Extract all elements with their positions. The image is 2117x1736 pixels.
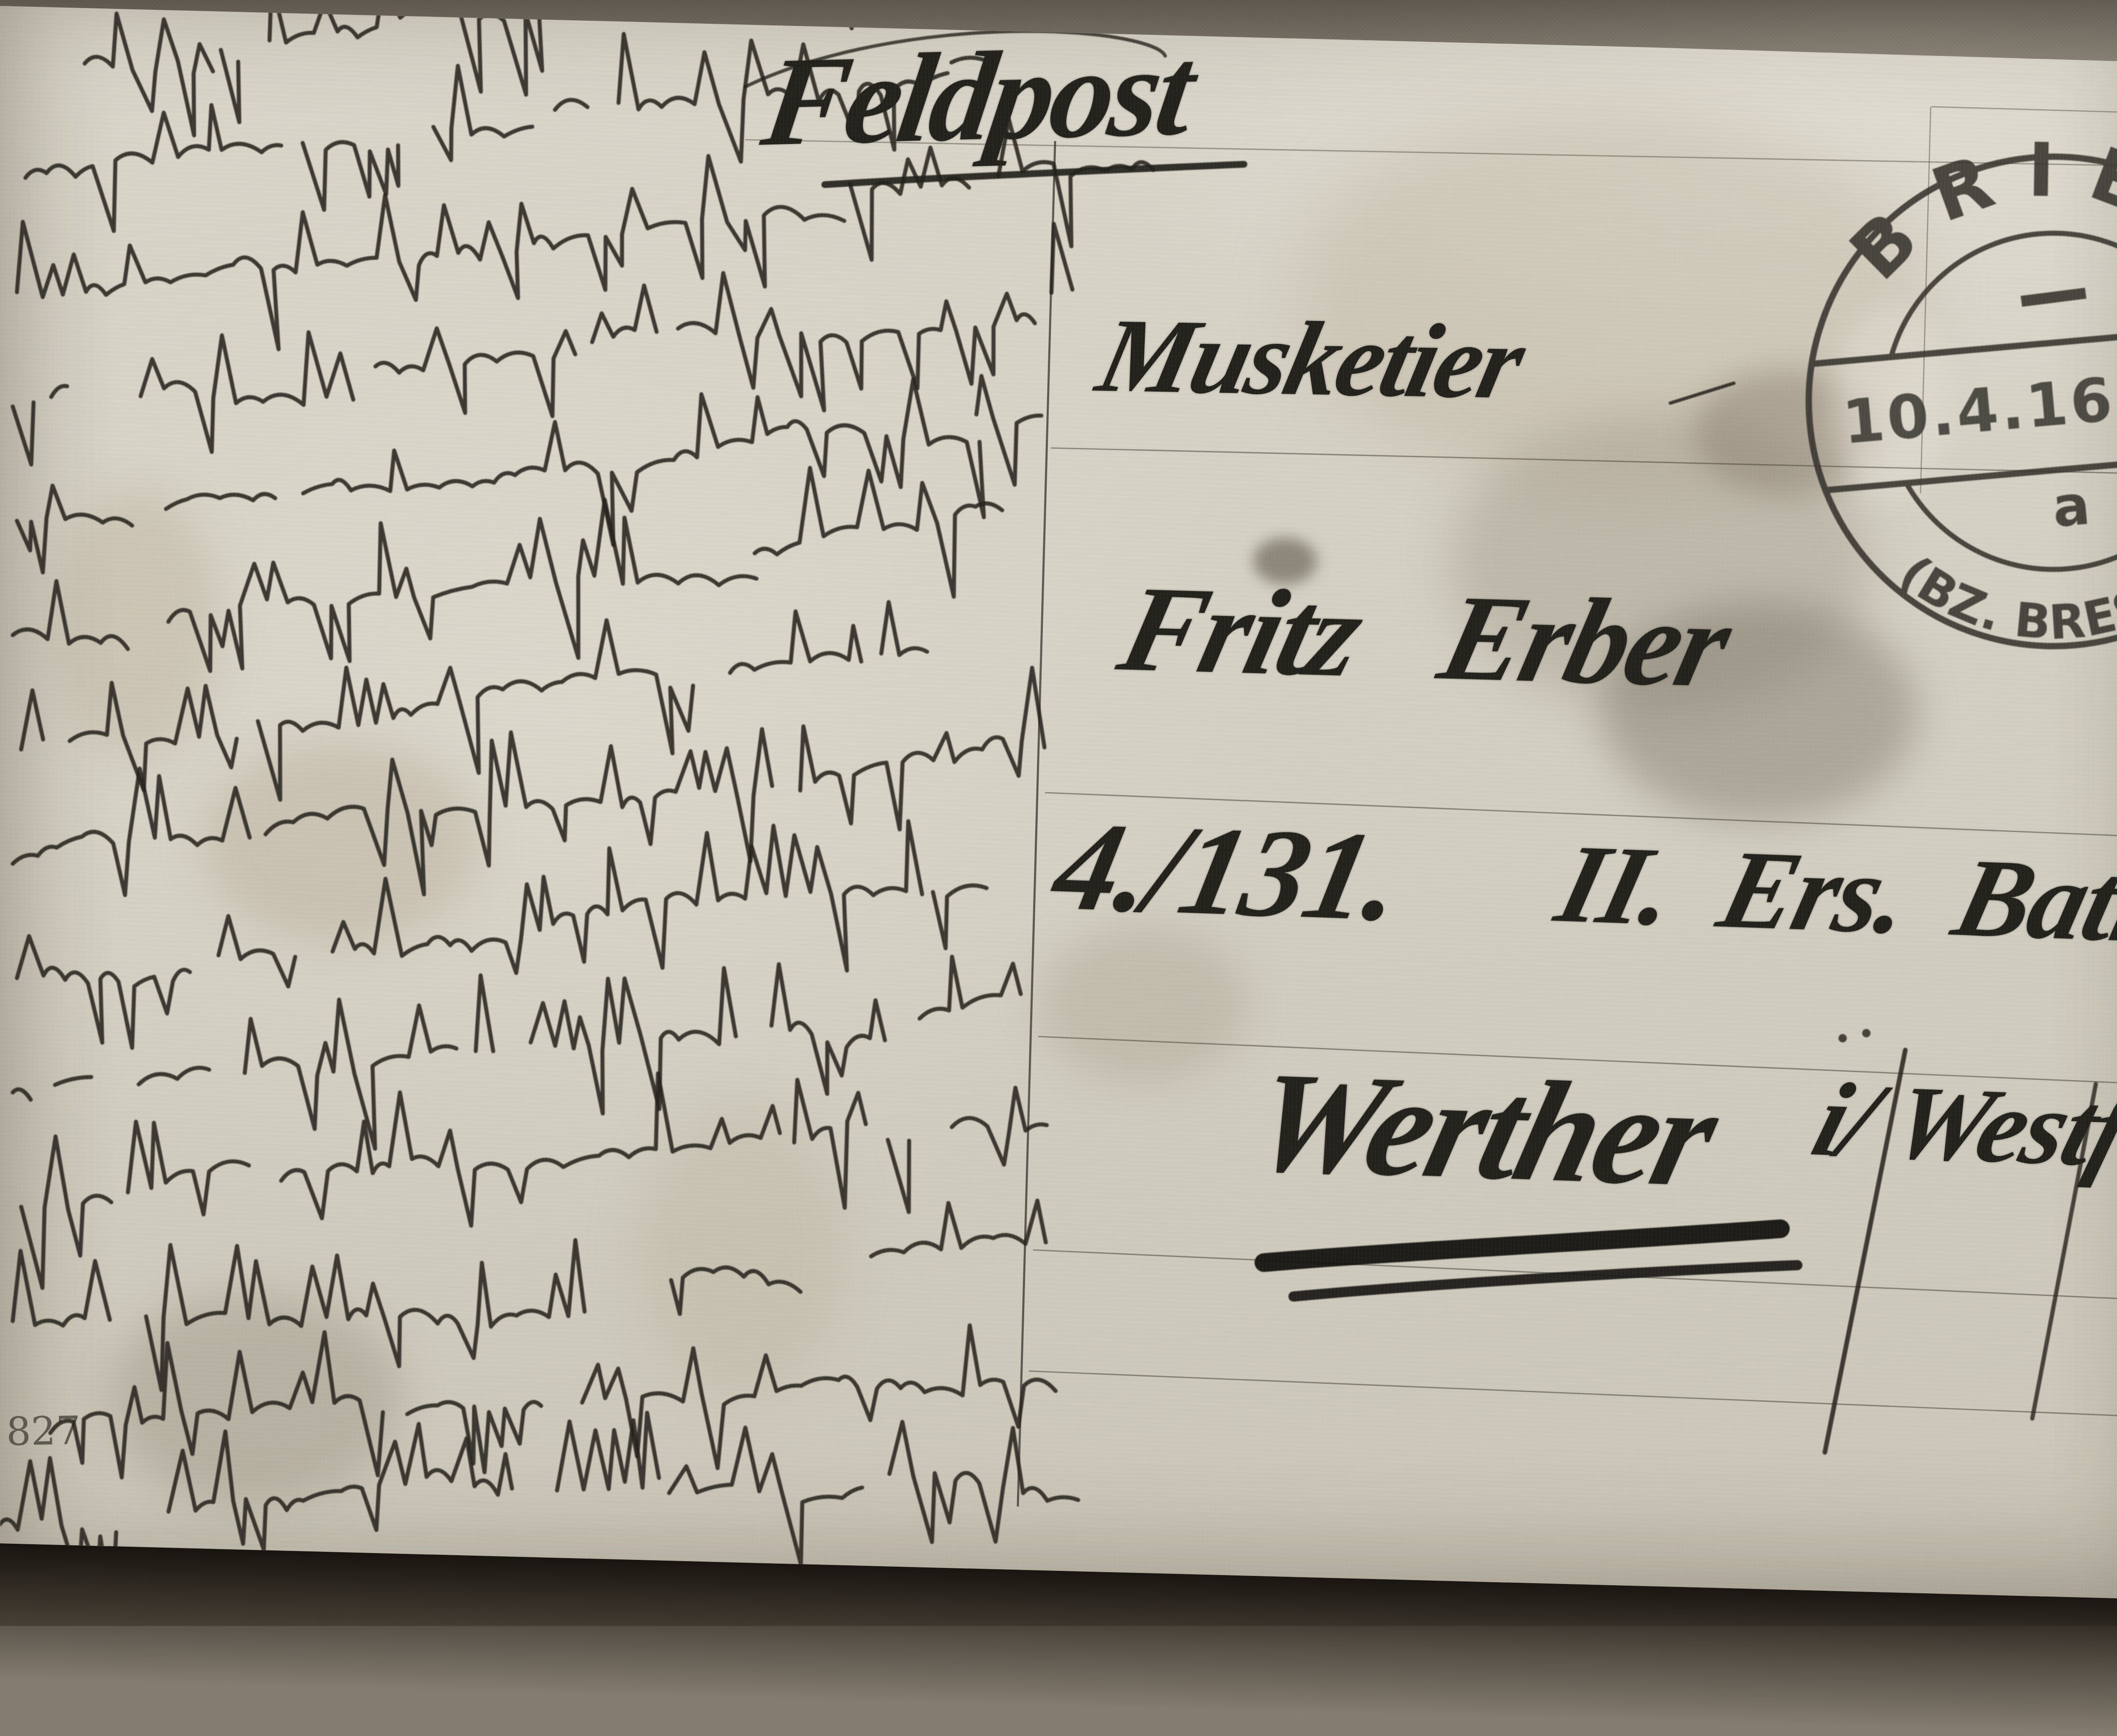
feldpost-flourish bbox=[745, 31, 1165, 87]
publisher-number: 827 bbox=[6, 1411, 81, 1451]
postmark-separator-dash bbox=[2021, 293, 2086, 301]
destination-underline-2 bbox=[1293, 1265, 1797, 1296]
postmark-town: BRIEG bbox=[1826, 113, 2117, 437]
paper-stain bbox=[1291, 106, 1926, 487]
paper-stain bbox=[106, 1291, 402, 1503]
message-script-line bbox=[9, 802, 1036, 1058]
message-script-line bbox=[17, 0, 1025, 255]
postmark-band-top-line bbox=[1812, 323, 2117, 364]
destination-underline-1 bbox=[1264, 1229, 1780, 1263]
svg-text:(BZ. BRESLAU): (BZ. BRESLAU) bbox=[1885, 505, 2117, 665]
address-rule-3 bbox=[1038, 1037, 2117, 1085]
address-destination-region: i/ Westf. bbox=[1803, 1067, 2117, 1185]
destination-descender-stroke bbox=[2032, 1084, 2096, 1418]
message-script-line bbox=[11, 356, 1052, 626]
destination-descender-stroke bbox=[1825, 1050, 1905, 1452]
message-script-line bbox=[6, 223, 1083, 502]
rank-tail-flourish bbox=[1670, 383, 1734, 403]
address-destination: Werther bbox=[1239, 1050, 1728, 1209]
paper-smudge bbox=[1694, 368, 1876, 495]
umlaut-dot bbox=[1862, 1029, 1871, 1037]
umlaut-dot bbox=[1838, 1034, 1847, 1042]
ink-layer: BRIEG 10.4.16.8-9 a (BZ. BRESLAU) bbox=[0, 0, 2117, 1626]
postmark-code-letter: a bbox=[2050, 473, 2092, 540]
postcard-photo: Feldpost Musketier Fritz Erber 4./131. I… bbox=[0, 0, 2117, 1626]
address-rule-1 bbox=[1051, 448, 2117, 474]
address-rule-5 bbox=[1029, 1371, 2117, 1418]
message-script-line bbox=[4, 446, 1038, 716]
address-top-rule bbox=[745, 140, 2117, 166]
address-unit-battalion: II. Ers. Batl. bbox=[1547, 828, 2117, 960]
message-script-kurrent bbox=[0, 0, 1162, 1617]
message-script-line bbox=[8, 1180, 1052, 1400]
paper-grain bbox=[0, 0, 2117, 1626]
message-script-line bbox=[8, 84, 1162, 380]
address-unit-company: 4./131. bbox=[1045, 802, 1412, 940]
worn-patch bbox=[1833, 305, 1952, 500]
paper-stain bbox=[1037, 923, 1249, 1084]
address-rule-4 bbox=[1033, 1250, 2117, 1301]
svg-text:BRIEG: BRIEG bbox=[1826, 113, 2117, 437]
feldpost-underline bbox=[825, 164, 1244, 185]
center-divider-line bbox=[1018, 141, 1055, 1507]
message-script-line bbox=[6, 925, 1069, 1180]
paper-stain bbox=[635, 1101, 847, 1397]
address-rule-2 bbox=[1045, 793, 2117, 838]
postmark-inner-arc-bottom bbox=[1907, 456, 2117, 582]
postmark-inner-arc-top bbox=[1882, 220, 2117, 357]
postmark-date: 10.4.16.8-9 bbox=[1840, 352, 2117, 458]
paper-stain bbox=[51, 487, 220, 758]
address-name: Fritz Erber bbox=[1109, 567, 1740, 706]
message-script-line bbox=[45, 1288, 1059, 1509]
message-script-line bbox=[14, 1042, 1053, 1289]
pencil-stamp-box bbox=[1921, 107, 2117, 493]
address-rank: Musketier bbox=[1089, 303, 1532, 415]
feldpost-heading: Feldpost bbox=[756, 27, 1199, 166]
postmark-band-bottom-line bbox=[1825, 449, 2117, 490]
paper-stain bbox=[203, 741, 478, 944]
ink-spot bbox=[1253, 538, 1317, 584]
paper-smudge bbox=[1600, 601, 1918, 821]
message-script-line bbox=[14, 577, 1034, 826]
postmark-outer-ring bbox=[1788, 136, 2117, 666]
message-script-line bbox=[3, 667, 1053, 933]
paper-stain bbox=[1448, 415, 1871, 711]
postcard: Feldpost Musketier Fritz Erber 4./131. I… bbox=[0, 0, 2117, 1626]
postmark-stamp: BRIEG 10.4.16.8-9 a (BZ. BRESLAU) bbox=[1785, 105, 2117, 671]
postmark-district: (BZ. BRESLAU) bbox=[1885, 505, 2117, 665]
printed-rules bbox=[0, 0, 2117, 1626]
